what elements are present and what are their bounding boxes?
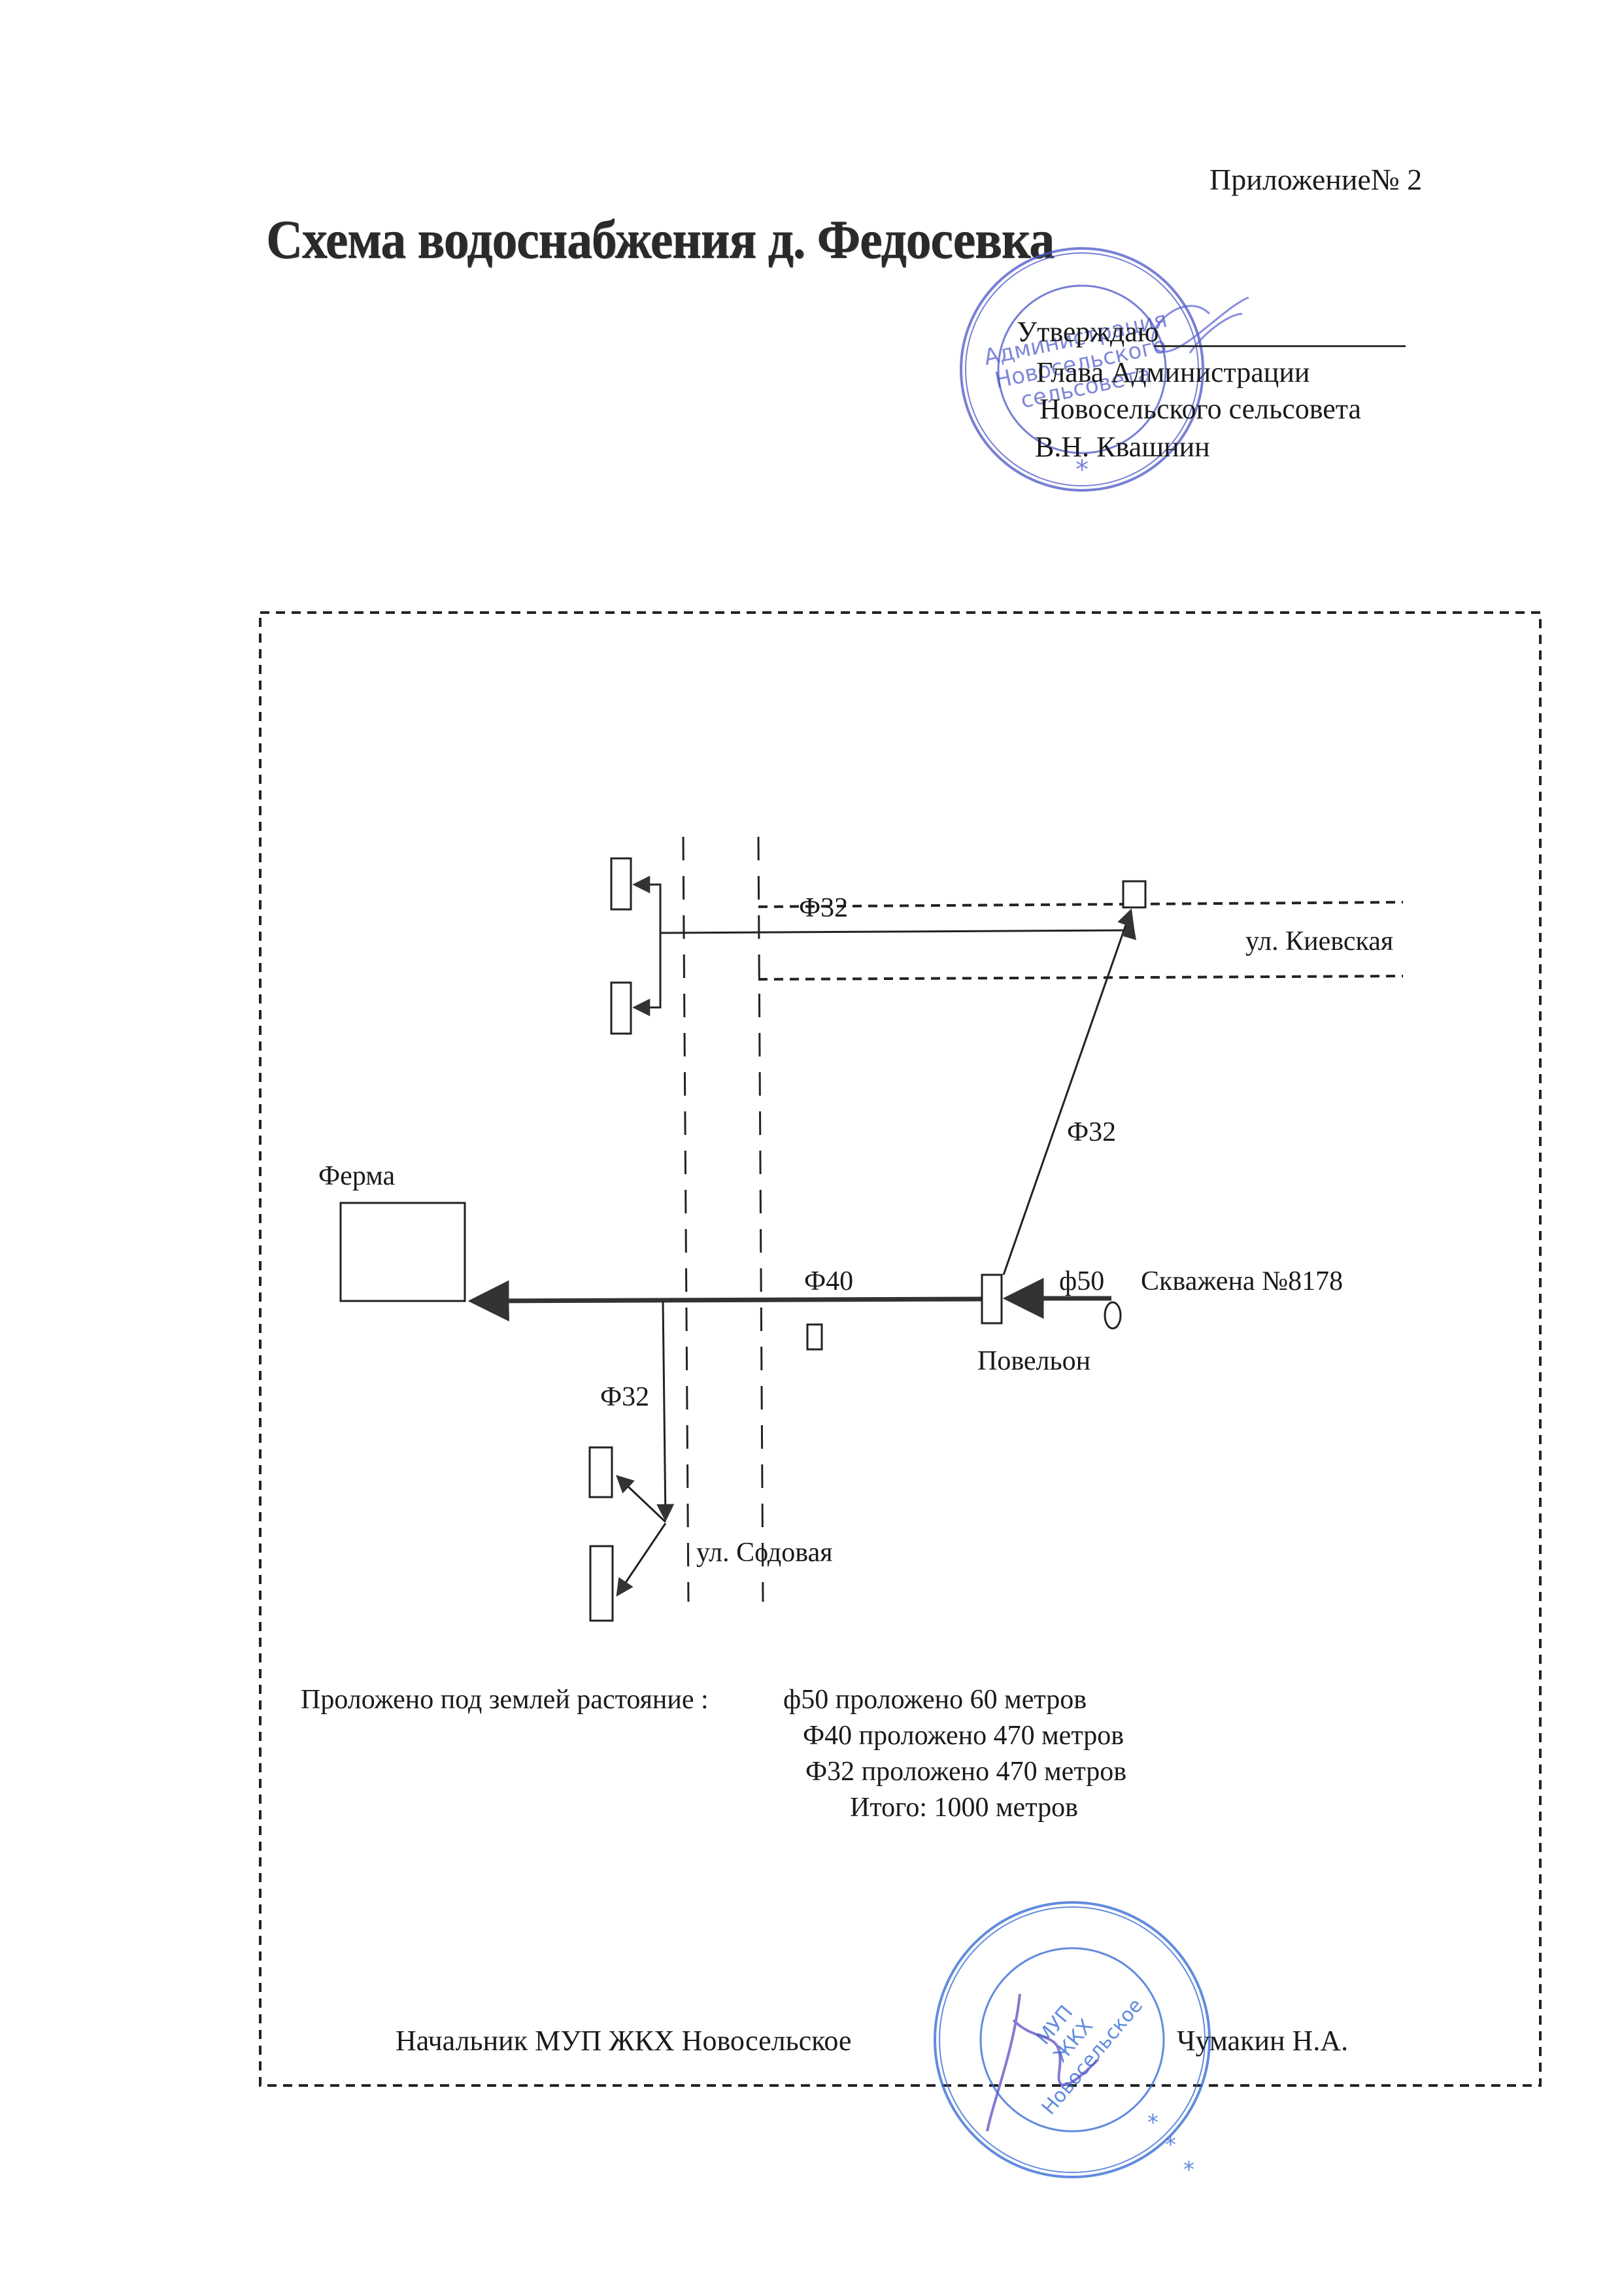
pipe-f32-west-branch [634, 885, 660, 933]
label-kievskaya: ул. Киевская [1245, 926, 1393, 956]
pipe-f32-south [663, 1301, 666, 1520]
label-f32-south: Ф32 [600, 1382, 649, 1412]
valve-povelon [982, 1275, 1002, 1323]
label-well: Скважена №8178 [1141, 1266, 1343, 1296]
label-f32-diagonal: Ф32 [1067, 1117, 1116, 1147]
small-structure [807, 1325, 822, 1349]
water-supply-diagram: Ф32 ул. Киевская Ф32 Ферма Ф40 ф50 Скваж… [0, 0, 1622, 2296]
pipe-f32-diagonal [1004, 910, 1131, 1275]
label-f40: Ф40 [804, 1266, 853, 1296]
pipe-f40-main [472, 1299, 987, 1301]
length-row-f32: Ф32 проложено 470 метров [805, 1753, 1126, 1790]
length-row-f50: ф50 проложено 60 метров [783, 1681, 1087, 1718]
label-sodovaya: ул. Содовая [696, 1538, 833, 1568]
house-sw-2 [590, 1546, 613, 1621]
house-nw-1 [611, 858, 631, 909]
signer-position: Начальник МУП ЖКХ Новосельское [396, 2024, 851, 2057]
lengths-intro: Проложено под землей растояние : [301, 1681, 709, 1718]
node-kievskaya [1123, 881, 1145, 907]
scheme-frame [260, 613, 1540, 2085]
street-sodovaya-edges [683, 837, 763, 1602]
label-povelon: Повельон [977, 1346, 1090, 1376]
farm-building [341, 1203, 465, 1301]
length-row-f40: Ф40 проложено 470 метров [803, 1717, 1124, 1754]
signer-name: Чумакин Н.А. [1177, 2024, 1348, 2057]
label-farm: Ферма [318, 1161, 395, 1191]
label-f50: ф50 [1059, 1266, 1104, 1296]
pipe-f32-kievskaya [660, 930, 1124, 933]
length-total: Итого: 1000 метров [850, 1789, 1078, 1826]
label-f32-top: Ф32 [799, 893, 848, 923]
house-nw-2 [611, 983, 631, 1034]
house-sw-1 [590, 1447, 612, 1497]
well-circle [1105, 1302, 1121, 1328]
